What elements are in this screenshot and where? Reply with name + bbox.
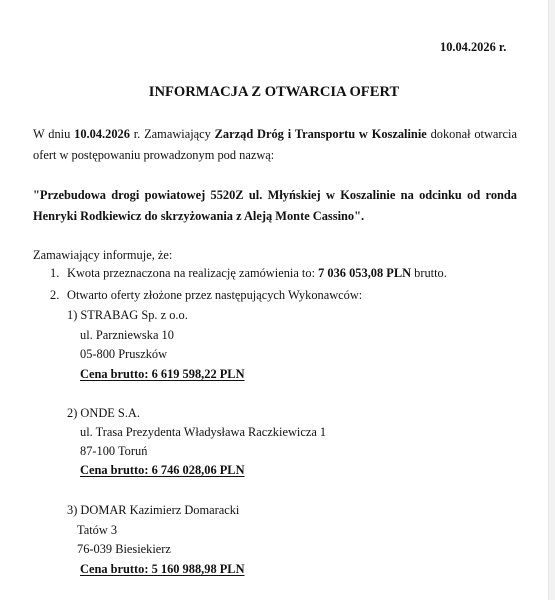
- document-title: INFORMACJA Z OTWARCIA OFERT: [0, 85, 548, 100]
- offer-heading: 1) STRABAG Sp. z o.o.: [67, 309, 188, 321]
- page-edge-scrollbar: [548, 0, 555, 600]
- project-name-line1: "Przebudowa drogi powiatowej 5520Z ul. M…: [33, 189, 517, 201]
- document-date: 10.04.2026 r.: [440, 41, 506, 53]
- list-item-offers: Otwarto oferty złożone przez następujący…: [67, 289, 362, 301]
- intro-paragraph-line1: W dniu 10.04.2026 r. Zamawiający Zarząd …: [33, 128, 517, 140]
- offer-city: 76-039 Biesiekierz: [77, 543, 171, 555]
- offer-price: Cena brutto: 6 619 598,22 PLN: [80, 368, 245, 380]
- list-item-number: 1.: [50, 267, 59, 279]
- document-page: 10.04.2026 r. INFORMACJA Z OTWARCIA OFER…: [0, 0, 548, 600]
- contracting-authority: Zarząd Dróg i Transportu w Koszalinie: [215, 127, 427, 141]
- offer-street: ul. Parzniewska 10: [80, 329, 174, 341]
- project-name-line2: Henryki Rodkiewicz do skrzyżowania z Ale…: [33, 210, 517, 222]
- offer-city: 05-800 Pruszków: [80, 348, 167, 360]
- offer-city: 87-100 Toruń: [80, 445, 147, 457]
- list-item-budget: Kwota przeznaczona na realizację zamówie…: [67, 267, 447, 279]
- intro-prefix: W dniu: [33, 127, 74, 141]
- offer-price: Cena brutto: 5 160 988,98 PLN: [80, 563, 245, 575]
- offer-heading: 3) DOMAR Kazimierz Domaracki: [67, 504, 239, 516]
- intro-middle: r. Zamawiający: [130, 127, 215, 141]
- offer-heading: 2) ONDE S.A.: [67, 407, 140, 419]
- intro-date: 10.04.2026: [74, 127, 130, 141]
- offer-street: ul. Trasa Prezydenta Władysława Raczkiew…: [80, 426, 326, 438]
- offer-street: Tatów 3: [77, 524, 117, 536]
- list-item-number: 2.: [50, 289, 59, 301]
- budget-amount: 7 036 053,08 PLN: [318, 266, 411, 280]
- info-lead: Zamawiający informuje, że:: [33, 249, 517, 261]
- intro-suffix: dokonał otwarcia: [427, 127, 517, 141]
- intro-paragraph-line2: ofert w postępowaniu prowadzonym pod naz…: [33, 149, 517, 161]
- offer-price: Cena brutto: 6 746 028,06 PLN: [80, 464, 245, 476]
